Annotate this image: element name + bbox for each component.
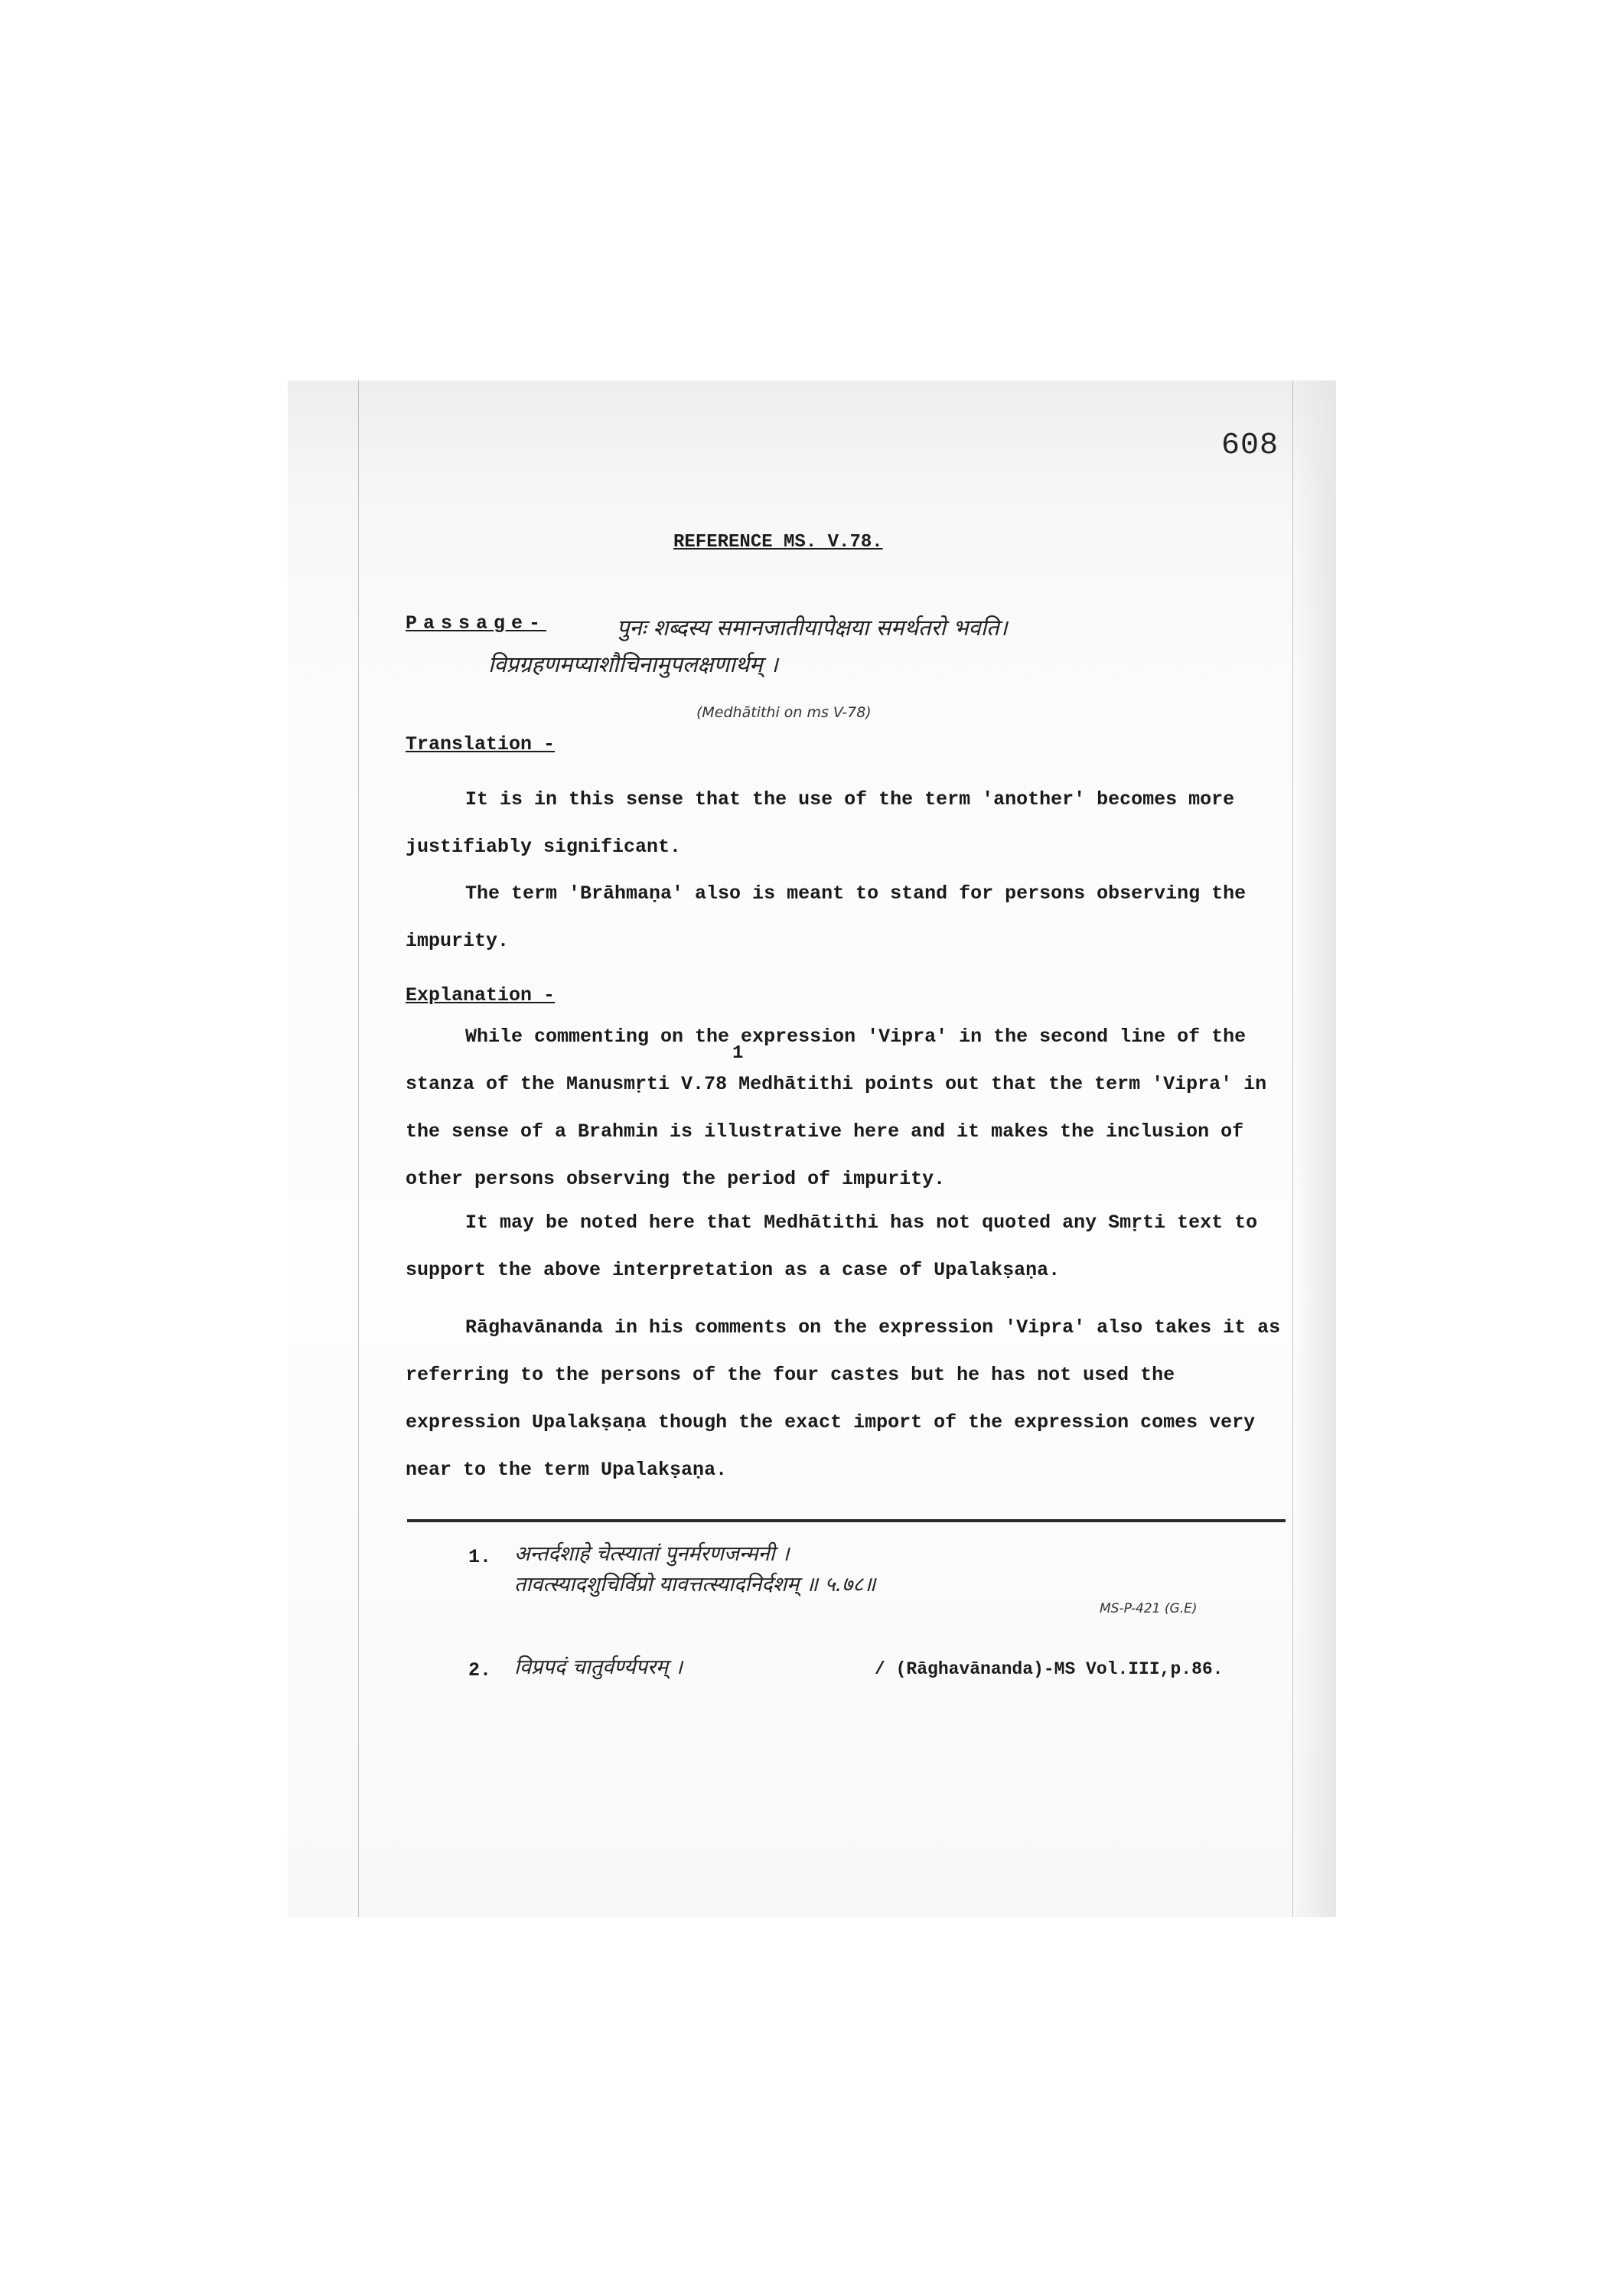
footnote-1-sanskrit-line-2: तावत्स्यादशुचिर्विप्रो यावत्तत्स्यादनिर्… (514, 1569, 875, 1597)
footnote-1-source: MS-P-421 (G.E) (1100, 1601, 1197, 1616)
explanation-paragraph-1: While commenting on the expression 'Vipr… (406, 1013, 1301, 1203)
translation-paragraph-1: It is in this sense that the use of the … (406, 776, 1301, 871)
passage-label: Passage- (406, 612, 546, 634)
footnote-2-source: / (Rāghavānanda)-MS Vol.III,p.86. (875, 1659, 1223, 1679)
footnote-1-number: 1. (468, 1546, 491, 1568)
translation-paragraph-2: The term 'Brāhmaṇa' also is meant to sta… (406, 870, 1301, 965)
scan-margin-line-left (358, 380, 359, 1917)
explanation-paragraph-3: Rāghavānanda in his comments on the expr… (406, 1304, 1301, 1494)
footnote-marker: 1 (732, 1043, 743, 1064)
passage-sanskrit-line-1: पुनः शब्दस्य समानजातीयापेक्षया समर्थतरो … (617, 612, 1008, 642)
footnote-2-number: 2. (468, 1659, 491, 1681)
translation-label: Translation - (406, 733, 555, 755)
explanation-paragraph-2: It may be noted here that Medhātithi has… (406, 1199, 1301, 1294)
footnote-divider (407, 1519, 1286, 1522)
footnote-1-sanskrit-line-1: अन्तर्दशाहे चेत्स्यातां पुनर्मरणजन्मनी । (514, 1538, 789, 1567)
explanation-label: Explanation - (406, 984, 555, 1006)
page-number: 608 (1221, 429, 1279, 463)
footnote-2-sanskrit-line: विप्रपदं चातुर्वर्ण्यपरम् । (514, 1652, 683, 1680)
passage-source: (Medhātithi on ms V-78) (696, 704, 872, 721)
page-title: REFERENCE MS. V.78. (673, 532, 883, 553)
passage-sanskrit-line-2: विप्रग्रहणमप्याशौचिनामुपलक्षणार्थम् । (488, 649, 778, 679)
